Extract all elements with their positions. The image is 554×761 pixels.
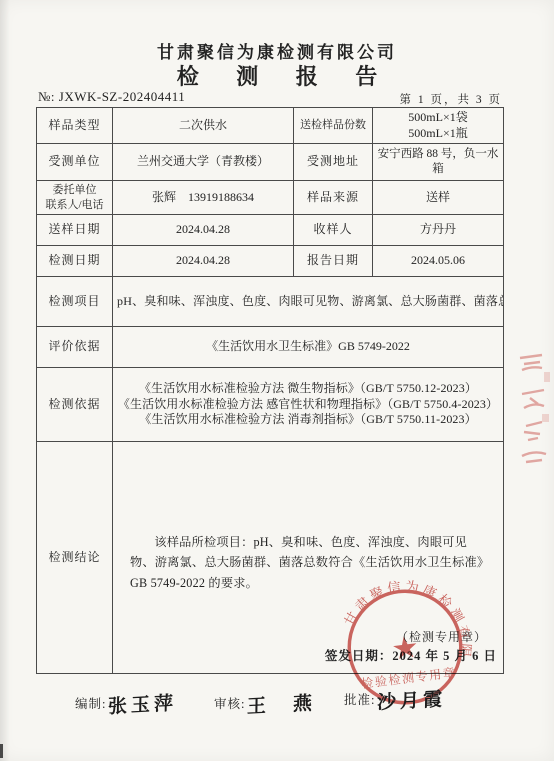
field-value-sample-count: 500mL×1袋 500mL×1瓶 [373, 108, 504, 144]
field-value-client-contact: 张辉 13919188634 [113, 181, 294, 215]
edge-stamp-fragment-icon [516, 352, 554, 470]
field-value-tested-unit: 兰州交通大学（青教楼） [113, 144, 294, 181]
table-row: 样品类型 二次供水 送检样品份数 500mL×1袋 500mL×1瓶 [37, 108, 504, 144]
table-row: 送样日期 2024.04.28 收样人 方丹丹 [37, 215, 504, 246]
prepared-by: 编制: 张玉萍 [75, 690, 178, 717]
field-value-delivery-date: 2024.04.28 [113, 215, 294, 246]
prepared-signature: 张玉萍 [108, 688, 177, 719]
table-row: 受测单位 兰州交通大学（青教楼） 受测地址 安宁西路 88 号，负一水箱 [37, 144, 504, 181]
field-value-sample-source: 送样 [373, 181, 504, 215]
field-label-conclusion: 检测结论 [37, 442, 113, 674]
field-value-test-items: pH、臭和味、浑浊度、色度、肉眼可见物、游离氯、总大肠菌群、菌落总数。 [113, 277, 504, 327]
reviewed-by: 审核: 王 燕 [214, 690, 317, 717]
reviewed-label: 审核: [214, 690, 245, 712]
field-value-test-basis: 《生活饮用水标准检验方法 微生物指标》（GB/T 5750.12-2023） 《… [113, 368, 504, 442]
table-row: 检测依据 《生活饮用水标准检验方法 微生物指标》（GB/T 5750.12-20… [37, 368, 504, 442]
field-value-tested-address: 安宁西路 88 号，负一水箱 [373, 144, 504, 181]
field-label-sample-type: 样品类型 [37, 108, 113, 144]
approved-label: 批准: [344, 686, 375, 708]
signature-row: 编制: 张玉萍 审核: 王 燕 批准: 沙月霞 [0, 684, 554, 726]
seal-star-icon: ★ [390, 630, 421, 667]
field-value-evaluation-basis: 《生活饮用水卫生标准》GB 5749-2022 [113, 327, 504, 368]
reviewed-signature: 王 燕 [247, 688, 316, 719]
page-indicator: 第 1 页，共 3 页 [400, 91, 503, 107]
scan-edge-mark [0, 744, 3, 758]
field-label-report-date: 报告日期 [294, 246, 373, 277]
field-label-evaluation-basis: 评价依据 [37, 327, 113, 368]
field-label-test-date: 检测日期 [37, 246, 113, 277]
field-label-test-basis: 检测依据 [37, 368, 113, 442]
field-value-sample-type: 二次供水 [113, 108, 294, 144]
approved-by: 批准: 沙月霞 [344, 686, 447, 713]
field-label-client-contact: 委托单位 联系人/电话 [37, 181, 113, 215]
field-label-tested-address: 受测地址 [294, 144, 373, 181]
field-value-receiver: 方丹丹 [373, 215, 504, 246]
table-row: 委托单位 联系人/电话 张辉 13919188634 样品来源 送样 [37, 181, 504, 215]
field-label-sample-source: 样品来源 [294, 181, 373, 215]
field-label-receiver: 收样人 [294, 215, 373, 246]
field-label-sample-count: 送检样品份数 [294, 108, 373, 144]
approved-signature: 沙月霞 [377, 684, 446, 715]
field-value-test-date: 2024.04.28 [113, 246, 294, 277]
table-row: 检测日期 2024.04.28 报告日期 2024.05.06 [37, 246, 504, 277]
report-number: №: JXWK-SZ-202404411 [38, 89, 185, 105]
prepared-label: 编制: [75, 690, 106, 712]
report-title: 检 测 报 告 [0, 60, 554, 91]
field-value-report-date: 2024.05.06 [373, 246, 504, 277]
table-row: 评价依据 《生活饮用水卫生标准》GB 5749-2022 [37, 327, 504, 368]
field-label-tested-unit: 受测单位 [37, 144, 113, 181]
table-row: 检测项目 pH、臭和味、浑浊度、色度、肉眼可见物、游离氯、总大肠菌群、菌落总数。 [37, 277, 504, 327]
field-label-delivery-date: 送样日期 [37, 215, 113, 246]
scanned-test-report-page: 甘肃聚信为康检测有限公司 检 测 报 告 №: JXWK-SZ-20240441… [0, 0, 554, 761]
field-label-test-items: 检测项目 [37, 277, 113, 327]
